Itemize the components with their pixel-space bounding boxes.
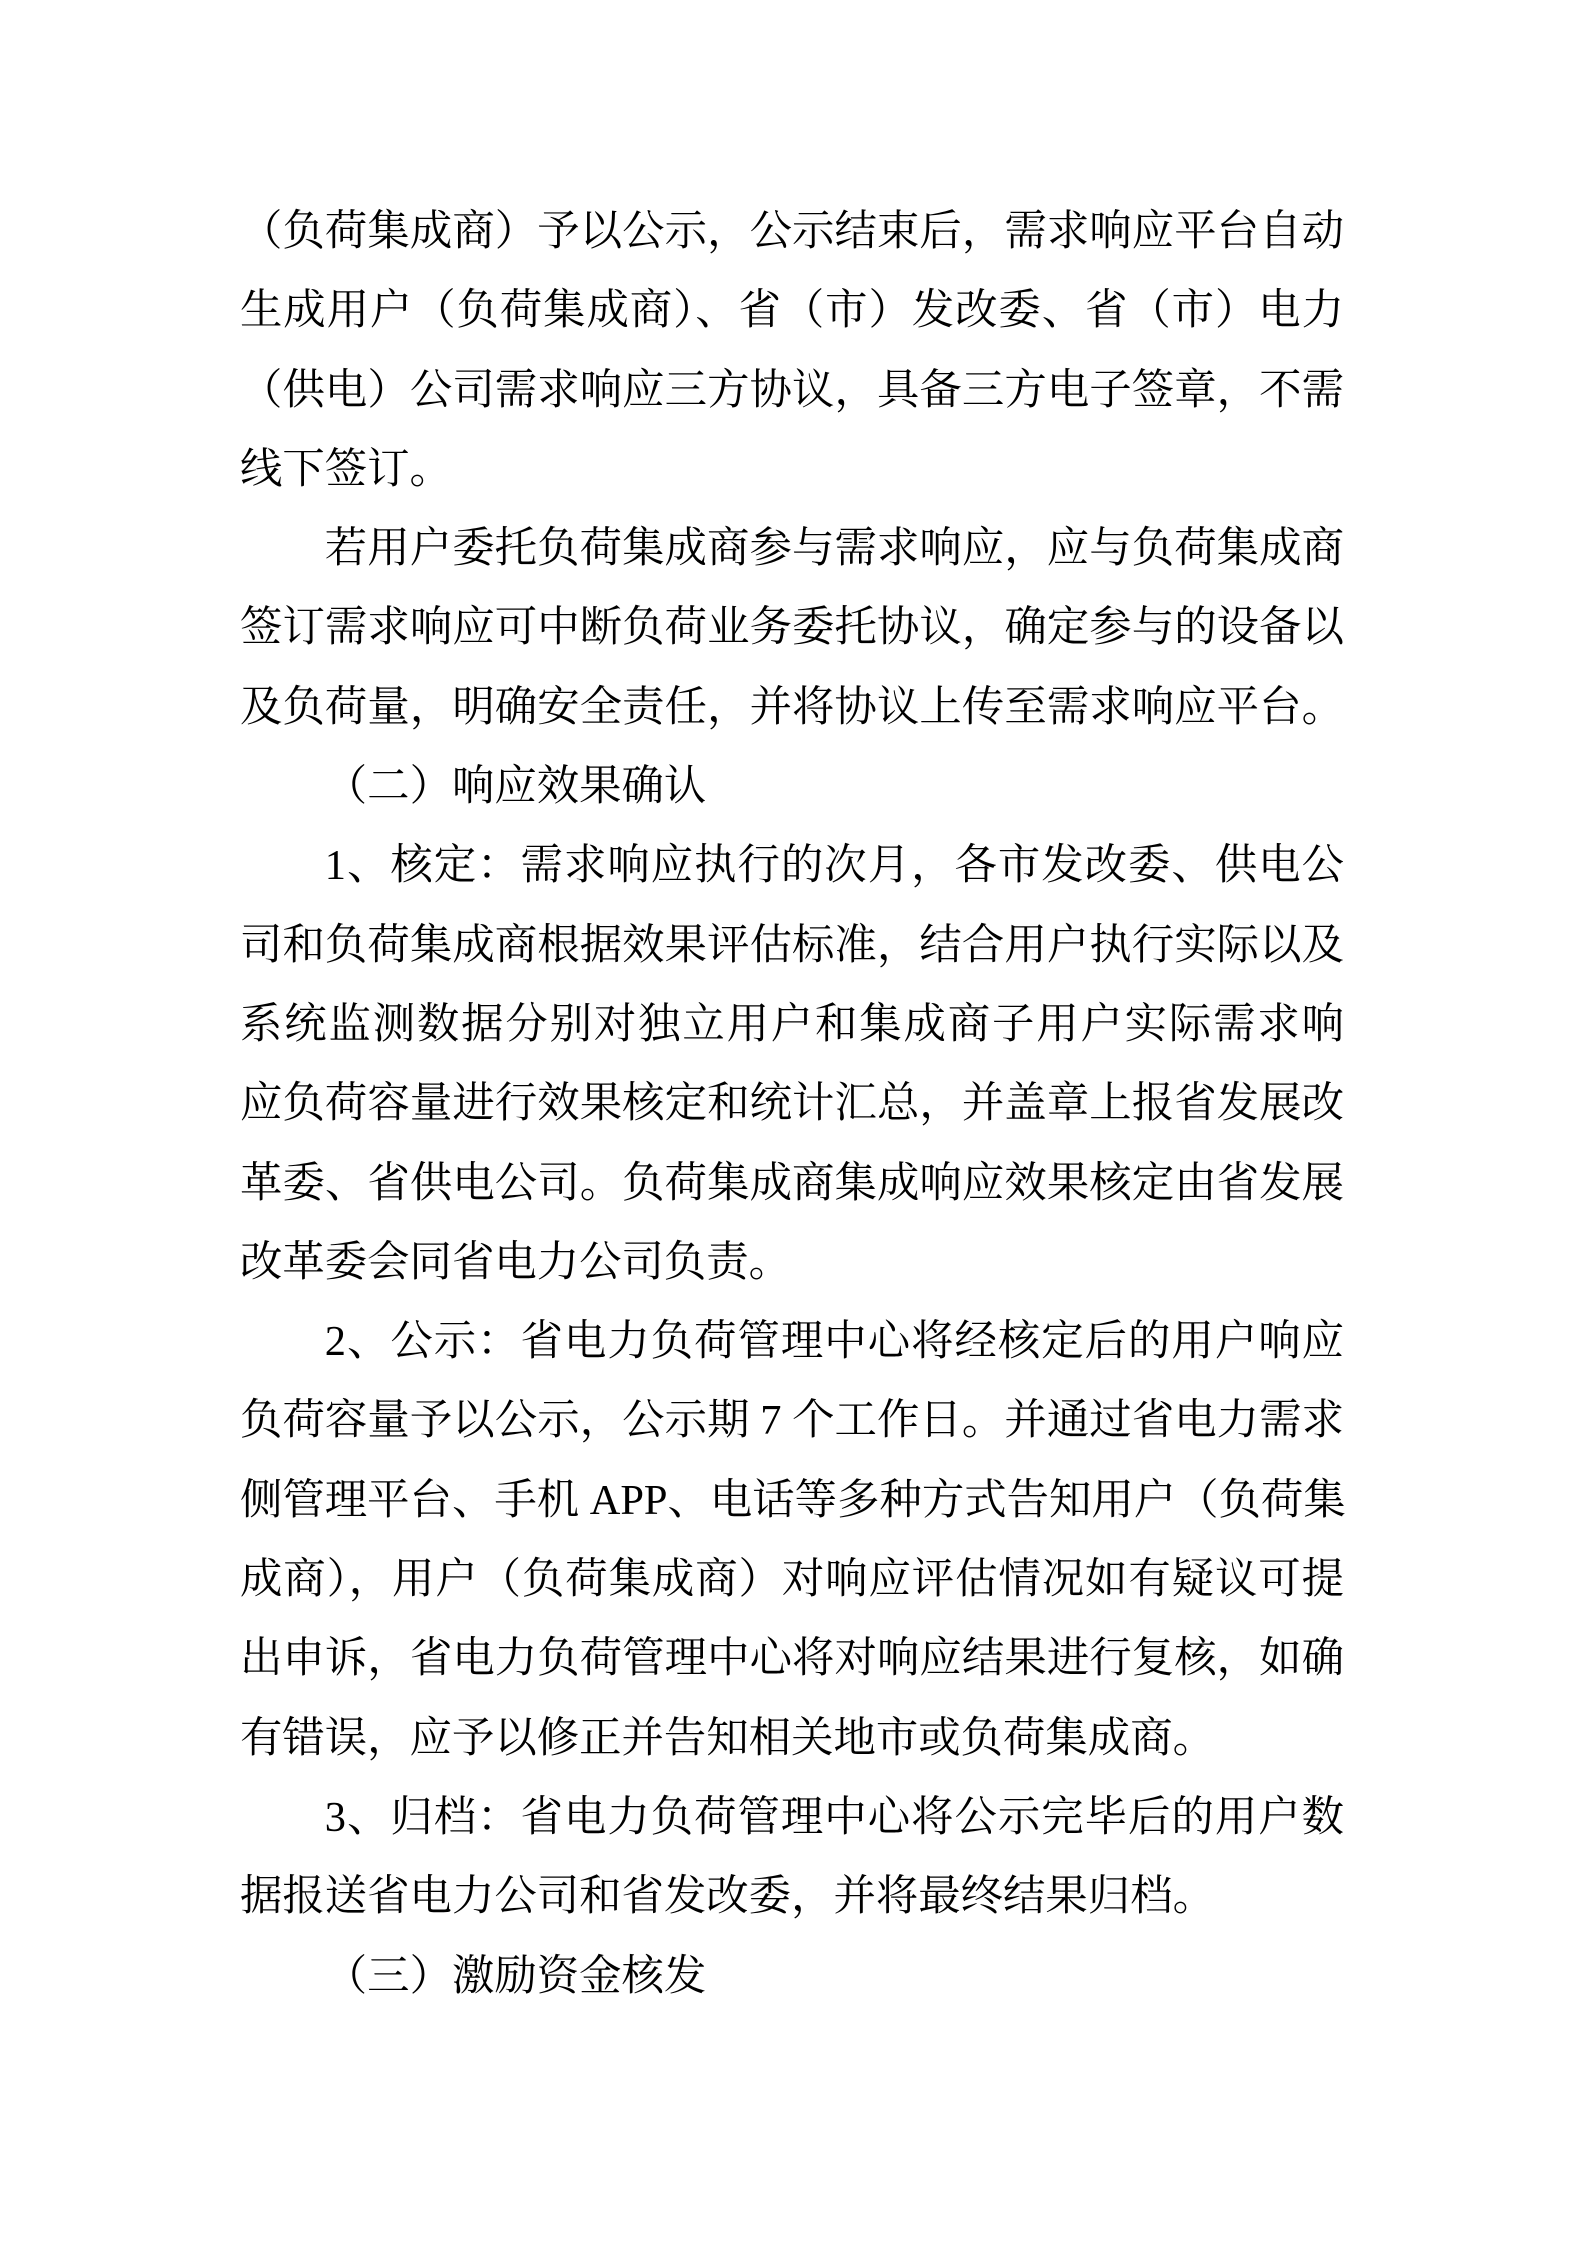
doc-line-1: （负荷集成商）予以公示，公示结束后，需求响应平台自动 bbox=[240, 192, 1344, 271]
document-text-block: （负荷集成商）予以公示，公示结束后，需求响应平台自动 生成用户（负荷集成商）、省… bbox=[240, 192, 1344, 2016]
doc-line-3: （供电）公司需求响应三方协议，具备三方电子签章，不需 bbox=[240, 351, 1344, 430]
doc-line-17: 侧管理平台、手机 APP、电话等多种方式告知用户（负荷集 bbox=[240, 1461, 1344, 1540]
doc-line-2: 生成用户（负荷集成商）、省（市）发改委、省（市）电力 bbox=[240, 271, 1344, 350]
doc-line-9: 1、核定：需求响应执行的次月，各市发改委、供电公 bbox=[240, 826, 1344, 905]
doc-line-23-section-heading: （三）激励资金核发 bbox=[240, 1937, 1344, 2016]
doc-line-22: 据报送省电力公司和省发改委，并将最终结果归档。 bbox=[240, 1857, 1344, 1936]
doc-line-4: 线下签订。 bbox=[240, 430, 1344, 509]
doc-line-8-section-heading: （二）响应效果确认 bbox=[240, 747, 1344, 826]
doc-line-12: 应负荷容量进行效果核定和统计汇总，并盖章上报省发展改 bbox=[240, 1064, 1344, 1143]
doc-line-20: 有错误，应予以修正并告知相关地市或负荷集成商。 bbox=[240, 1699, 1344, 1778]
doc-line-19: 出申诉，省电力负荷管理中心将对响应结果进行复核，如确 bbox=[240, 1619, 1344, 1698]
doc-line-13: 革委、省供电公司。负荷集成商集成响应效果核定由省发展 bbox=[240, 1144, 1344, 1223]
doc-line-14: 改革委会同省电力公司负责。 bbox=[240, 1223, 1344, 1302]
doc-line-11: 系统监测数据分别对独立用户和集成商子用户实际需求响 bbox=[240, 985, 1344, 1064]
doc-line-10: 司和负荷集成商根据效果评估标准，结合用户执行实际以及 bbox=[240, 906, 1344, 985]
doc-line-6: 签订需求响应可中断负荷业务委托协议，确定参与的设备以 bbox=[240, 588, 1344, 667]
doc-line-7: 及负荷量，明确安全责任，并将协议上传至需求响应平台。 bbox=[240, 668, 1344, 747]
doc-line-5: 若用户委托负荷集成商参与需求响应，应与负荷集成商 bbox=[240, 509, 1344, 588]
doc-line-21: 3、归档：省电力负荷管理中心将公示完毕后的用户数 bbox=[240, 1778, 1344, 1857]
document-page: （负荷集成商）予以公示，公示结束后，需求响应平台自动 生成用户（负荷集成商）、省… bbox=[0, 0, 1587, 2245]
doc-line-18: 成商），用户（负荷集成商）对响应评估情况如有疑议可提 bbox=[240, 1540, 1344, 1619]
doc-line-16: 负荷容量予以公示，公示期 7 个工作日。并通过省电力需求 bbox=[240, 1381, 1344, 1460]
doc-line-15: 2、公示：省电力负荷管理中心将经核定后的用户响应 bbox=[240, 1302, 1344, 1381]
